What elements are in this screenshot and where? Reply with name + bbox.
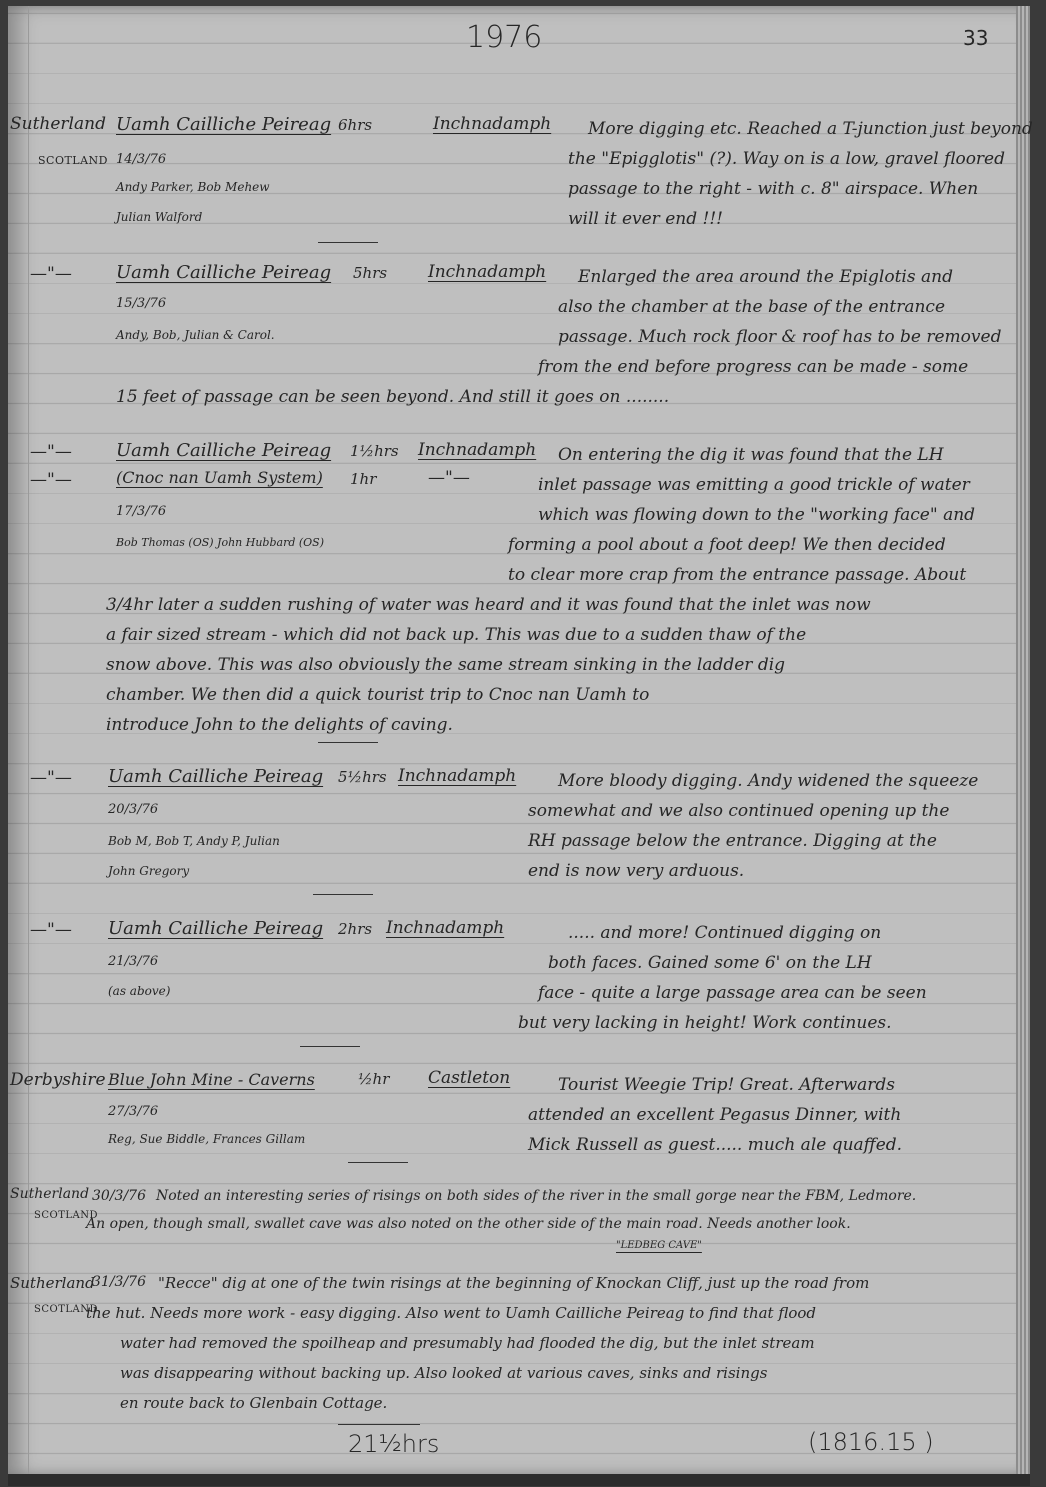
total-rule [338,1424,420,1425]
entry-duration: 6hrs [338,116,372,134]
page-year: 1976 [466,20,542,55]
entry-date: 17/3/76 [116,504,166,519]
entry-party: Reg, Sue Biddle, Frances Gillam [108,1132,305,1146]
entry-location: —"— [428,468,470,488]
entry-notes: Tourist Weegie Trip! Great. Afterwards a… [528,1070,902,1160]
entry-duration: 1½hrs [350,442,399,460]
entry-region: Derbyshire [10,1070,106,1090]
entry-notes: ..... and more! Continued digging on bot… [518,918,927,1038]
running-total: (1816.15 ) [808,1428,934,1456]
entry-region: —"— [30,442,72,462]
entry-date: 21/3/76 [108,954,158,969]
entry-region: —"— [30,920,72,940]
entry-separator [313,894,373,895]
entry-party: Andy Parker, Bob Mehew [116,180,270,194]
entry-date: 31/3/76 [92,1274,146,1290]
entry-notes: Noted an interesting series of risings o… [156,1188,916,1204]
entry-country: SCOTLAND [38,154,108,167]
entry-location: Inchnadamph [428,262,546,282]
entry-notes: An open, though small, swallet cave was … [86,1216,851,1232]
entry-duration: 5½hrs [338,768,387,786]
entry-region: Sutherland [10,114,106,134]
entry-region: —"— [30,470,72,490]
entry-region: —"— [30,264,72,284]
entry-date: 30/3/76 [92,1188,146,1204]
entry-notes: Enlarged the area around the Epiglotis a… [538,262,1001,382]
entry-cave: Uamh Cailliche Peireag [116,262,331,283]
entry-date: 15/3/76 [116,296,166,311]
notebook-page: 1976 33 Sutherland SCOTLAND Uamh Caillic… [8,6,1030,1476]
entry-date: 27/3/76 [108,1104,158,1119]
entry-location: Inchnadamph [433,114,551,134]
entry-notes: More digging etc. Reached a T-junction j… [568,114,1033,234]
entry-party: (as above) [108,984,170,998]
entry-notes-continued: 15 feet of passage can be seen beyond. A… [116,382,669,412]
entry-separator [300,1046,360,1047]
entry-location: Inchnadamph [398,766,516,786]
margin-line [28,6,29,1476]
entry-region: —"— [30,768,72,788]
entry-date: 14/3/76 [116,152,166,167]
entry-cave: Uamh Cailliche Peireag [116,440,331,461]
entry-separator [318,742,378,743]
entry-notes: More bloody digging. Andy widened the sq… [528,766,978,886]
entry-notes: "Recce" dig at one of the twin risings a… [158,1268,869,1298]
page-number: 33 [963,26,988,50]
entry-notes: the hut. Needs more work - easy digging.… [86,1298,816,1328]
entry-region: Sutherland [10,1274,95,1292]
entry-duration: 1hr [350,470,376,488]
entry-cave: Blue John Mine - Caverns [108,1070,315,1089]
entry-cave: Uamh Cailliche Peireag [116,114,331,135]
entry-cave: Uamh Cailliche Peireag [108,766,323,787]
entry-duration: 2hrs [338,920,372,938]
entry-annotation: "LEDBEG CAVE" [616,1240,702,1251]
entry-party: Andy, Bob, Julian & Carol. [116,328,275,342]
entry-notes: On entering the dig it was found that th… [508,440,975,590]
page-bottom-shadow [8,1474,1030,1486]
entry-party: John Gregory [108,864,189,878]
entry-region: Sutherland [10,1186,89,1202]
entry-separator [348,1162,408,1163]
entry-party: Julian Walford [116,210,202,224]
entry-party: Bob M, Bob T, Andy P, Julian [108,834,280,848]
entry-cave: Uamh Cailliche Peireag [108,918,323,939]
page-total-hours: 21½hrs [348,1430,439,1458]
entry-duration: ½hr [358,1070,389,1088]
entry-party: Bob Thomas (OS) John Hubbard (OS) [116,536,324,549]
entry-notes: water had removed the spoilheap and pres… [120,1328,815,1418]
entry-cave-system: (Cnoc nan Uamh System) [116,468,323,487]
entry-separator [318,242,378,243]
entry-duration: 5hrs [353,264,387,282]
entry-notes-continued: 3/4hr later a sudden rushing of water wa… [106,590,871,740]
entry-location: Inchnadamph [386,918,504,938]
entry-location: Castleton [428,1068,510,1088]
entry-date: 20/3/76 [108,802,158,817]
